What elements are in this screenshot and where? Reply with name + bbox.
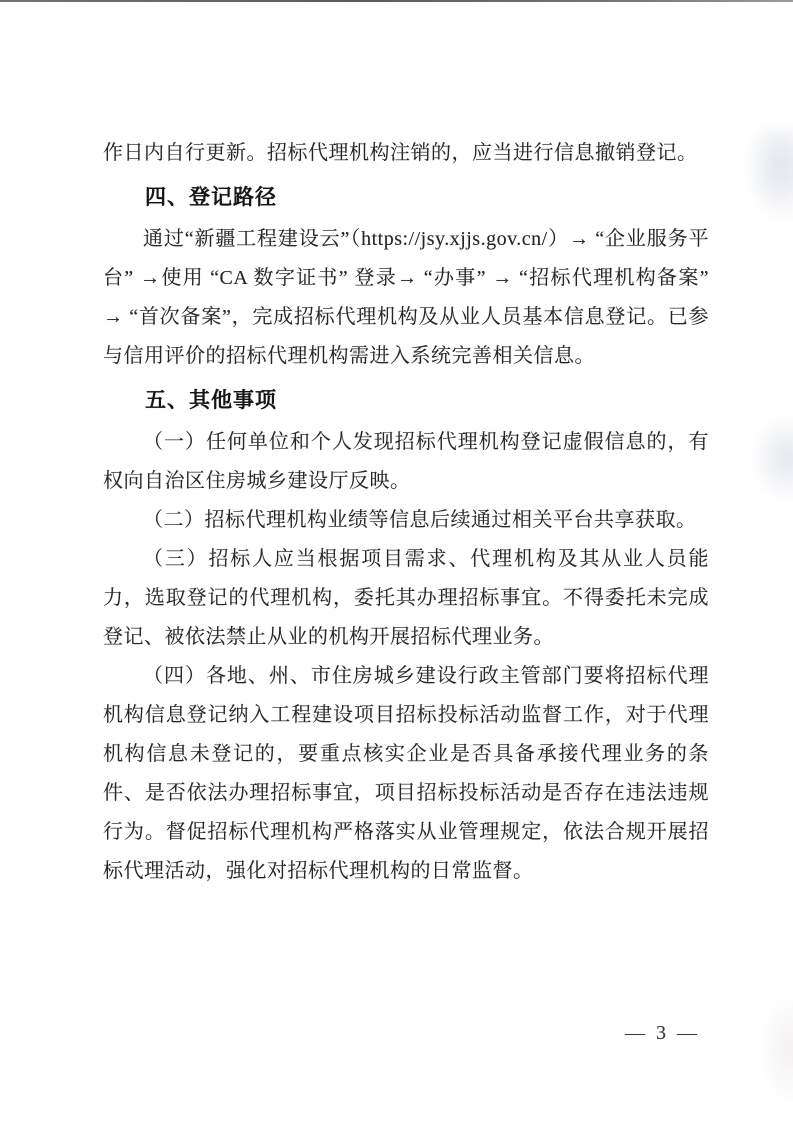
paragraph-registration-path: 通过“新疆工程建设云”（https://jsy.xjjs.gov.cn/）→ “… (103, 220, 709, 376)
scanned-document-page: 作日内自行更新。招标代理机构注销的，应当进行信息撤销登记。 四、登记路径 通过“… (0, 0, 793, 1121)
scan-artifact-smudge-top (743, 128, 793, 224)
page-number-text: — 3 — (625, 1022, 700, 1044)
paragraph-item-4: （四）各地、州、市住房城乡建设行政主管部门要将招标代理机构信息登记纳入工程建设项… (103, 657, 709, 891)
page-number: — 3 — (625, 1022, 700, 1045)
scan-artifact-smudge-middle (749, 412, 793, 504)
paragraph-item-2: （二）招标代理机构业绩等信息后续通过相关平台共享获取。 (103, 501, 709, 540)
paragraph-item-3: （三）招标人应当根据项目需求、代理机构及其从业人员能力，选取登记的代理机构，委托… (103, 540, 709, 657)
paragraph-item-1: （一）任何单位和个人发现招标代理机构登记虚假信息的，有权向自治区住房城乡建设厅反… (103, 423, 709, 501)
section-heading-5: 五、其他事项 (103, 381, 709, 420)
scan-top-edge-line (0, 0, 793, 2)
document-body: 作日内自行更新。招标代理机构注销的，应当进行信息撤销登记。 四、登记路径 通过“… (103, 134, 709, 891)
paragraph-continuation: 作日内自行更新。招标代理机构注销的，应当进行信息撤销登记。 (103, 134, 709, 173)
section-heading-4: 四、登记路径 (103, 178, 709, 217)
scan-artifact-smudge-bottom (757, 990, 793, 1110)
